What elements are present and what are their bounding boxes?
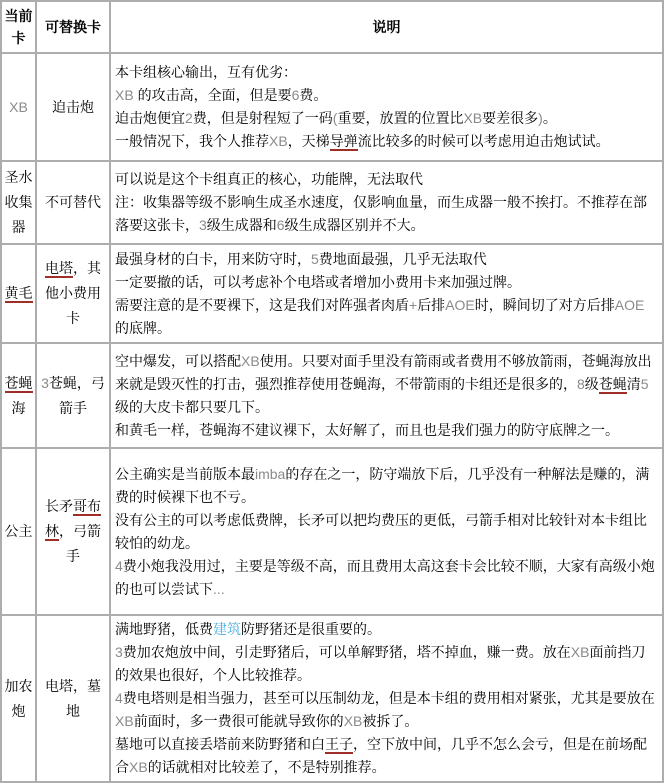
latin-text: XB [129,759,148,775]
description-paragraph: 一般情况下，我个人推荐XB，天梯导弹流比较多的时候可以考虑用迫击炮试试。 [115,130,658,153]
column-header-current-card: 当前卡 [1,1,36,53]
description-paragraph: XB 的攻击高，全面，但是要6费。 [115,84,658,107]
latin-text: AOE [445,297,475,313]
latin-text: 5 [311,251,319,267]
red-underlined-text: 电塔 [45,260,73,278]
latin-text: 3 [41,375,49,391]
replacement-card-cell: 电塔，其他小费用卡 [36,244,110,343]
description-paragraph: 迫击炮便宜2费，但是射程短了一码(重要，放置的位置比XB要差很多)。 [115,107,658,130]
latin-text: ( [333,110,338,126]
latin-text: 6 [277,217,285,233]
latin-text: imba [255,466,285,482]
red-underlined-text: 苍蝇 [599,376,627,394]
description-paragraph: 空中爆发，可以搭配XB使用。只要对面手里没有箭雨或者费用不够放箭雨，苍蝇海放出来… [115,350,658,419]
latin-text: 8 [577,376,585,392]
current-card-cell: 加农炮 [1,615,36,782]
description-cell: 公主确实是当前版本最imba的存在之一，防守端放下后，几乎没有一种解法是赚的，满… [110,448,663,615]
description-paragraph: 注：收集器等级不影响生成圣水速度，仅影响血量，而生成器一般不挨打。不推荐在部落要… [115,191,658,237]
table-row: 黄毛电塔，其他小费用卡最强身材的白卡，用来防守时，5费地面最强，几乎无法取代一定… [1,244,663,343]
description-paragraph: 满地野猪，低费建筑防野猪还是很重要的。 [115,618,658,641]
description-paragraph: 4费小炮我没用过，主要是等级不高，而且费用太高这套卡会比较不顺，大家有高级小炮的… [115,555,658,601]
latin-text: + [409,297,417,313]
current-card-cell: 苍蝇海 [1,343,36,448]
latin-text: 6 [292,87,300,103]
latin-text: XB [9,99,28,115]
latin-text: XB [241,353,260,369]
latin-text: 3 [199,217,207,233]
current-card-cell: XB [1,53,36,161]
latin-text: 2 [185,110,193,126]
latin-text: 4 [115,558,123,574]
description-paragraph: 4费电塔则是相当强力，甚至可以压制幼龙，但是本卡组的费用相对紧张，尤其是要放在X… [115,687,658,733]
description-cell: 可以说是这个卡组真正的核心，功能牌，无法取代注：收集器等级不影响生成圣水速度，仅… [110,161,663,244]
description-paragraph: 最强身材的白卡，用来防守时，5费地面最强，几乎无法取代 [115,248,658,271]
red-underlined-text: 哥布林 [45,498,101,541]
description-paragraph: 墓地可以直接丢塔前来防野猪和白王子，空下放中间，几乎不怎么会亏，但是在前场配合X… [115,733,658,779]
latin-text: XB [115,713,134,729]
latin-text: XB [269,133,288,149]
red-underlined-text: 导弹 [330,133,358,151]
description-cell: 满地野猪，低费建筑防野猪还是很重要的。3费加农炮放中间，引走野猪后，可以单解野猪… [110,615,663,782]
replacement-card-cell: 长矛哥布林，弓箭手 [36,448,110,615]
red-underlined-text: 苍蝇 [5,375,33,393]
description-cell: 最强身材的白卡，用来防守时，5费地面最强，几乎无法取代一定要撤的话，可以考虑补个… [110,244,663,343]
latin-text: XB [571,644,590,660]
table-row: 苍蝇海3苍蝇，弓箭手空中爆发，可以搭配XB使用。只要对面手里没有箭雨或者费用不够… [1,343,663,448]
latin-text: 3 [115,644,123,660]
table-body: XB迫击炮本卡组核心输出，互有优劣：XB 的攻击高，全面，但是要6费。迫击炮便宜… [1,53,663,782]
red-underlined-text: 黄毛 [5,285,33,303]
latin-text: ... [213,581,225,597]
current-card-cell: 黄毛 [1,244,36,343]
table-row: 公主长矛哥布林，弓箭手公主确实是当前版本最imba的存在之一，防守端放下后，几乎… [1,448,663,615]
description-paragraph: 需要注意的是不要裸下，这是我们对阵强者肉盾+后排AOE时，瞬间切了对方后排AOE… [115,294,658,340]
table-row: 圣水收集器不可替代可以说是这个卡组真正的核心，功能牌，无法取代注：收集器等级不影… [1,161,663,244]
replacement-card-cell: 电塔，墓地 [36,615,110,782]
latin-text: XB [463,110,482,126]
description-paragraph: 3费加农炮放中间，引走野猪后，可以单解野猪，塔不掉血，赚一费。放在XB面前挡刀的… [115,641,658,687]
column-header-description: 说明 [110,1,663,53]
latin-text: ) [538,110,543,126]
latin-text: XB [115,87,134,103]
latin-text: 5 [641,376,649,392]
latin-text: 4 [115,690,123,706]
table-header-row: 当前卡 可替换卡 说明 [1,1,663,53]
inline-link[interactable]: 建筑 [213,621,241,637]
current-card-cell: 圣水收集器 [1,161,36,244]
description-paragraph: 本卡组核心输出，互有优劣： [115,61,658,84]
description-paragraph: 一定要撤的话，可以考虑补个电塔或者增加小费用卡来加强过牌。 [115,271,658,294]
description-paragraph: 没有公主的可以考虑低费牌，长矛可以把均费压的更低，弓箭手相对比较针对本卡组比较怕… [115,509,658,555]
replacement-card-cell: 3苍蝇，弓箭手 [36,343,110,448]
description-cell: 本卡组核心输出，互有优劣：XB 的攻击高，全面，但是要6费。迫击炮便宜2费，但是… [110,53,663,161]
description-paragraph: 和黄毛一样，苍蝇海不建议裸下，太好解了，而且也是我们强力的防守底牌之一。 [115,419,658,442]
description-cell: 空中爆发，可以搭配XB使用。只要对面手里没有箭雨或者费用不够放箭雨，苍蝇海放出来… [110,343,663,448]
column-header-replaceable-card: 可替换卡 [36,1,110,53]
latin-text: XB [344,713,363,729]
replacement-card-cell: 不可替代 [36,161,110,244]
red-underlined-text: 王子 [325,736,353,754]
latin-text: AOE [615,297,645,313]
table-row: XB迫击炮本卡组核心输出，互有优劣：XB 的攻击高，全面，但是要6费。迫击炮便宜… [1,53,663,161]
description-paragraph: 可以说是这个卡组真正的核心，功能牌，无法取代 [115,168,658,191]
replacement-card-cell: 迫击炮 [36,53,110,161]
description-paragraph: 公主确实是当前版本最imba的存在之一，防守端放下后，几乎没有一种解法是赚的，满… [115,463,658,509]
current-card-cell: 公主 [1,448,36,615]
card-guide-table: 当前卡 可替换卡 说明 XB迫击炮本卡组核心输出，互有优劣：XB 的攻击高，全面… [0,0,664,783]
table-row: 加农炮电塔，墓地满地野猪，低费建筑防野猪还是很重要的。3费加农炮放中间，引走野猪… [1,615,663,782]
